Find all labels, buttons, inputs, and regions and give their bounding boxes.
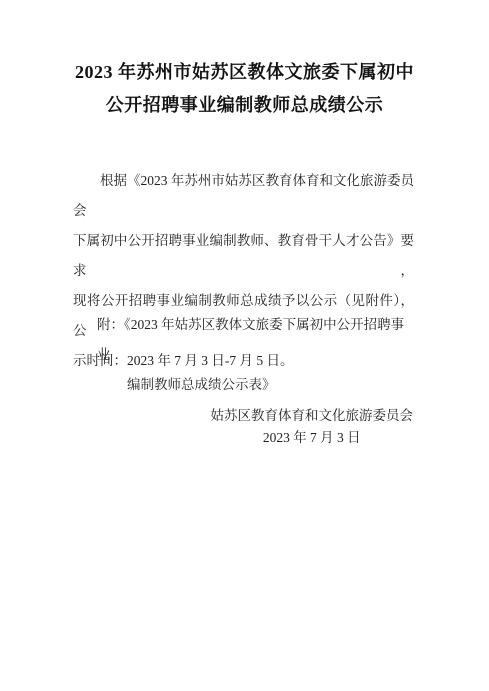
body-line-2: 下属初中公开招聘事业编制教师、教育骨干人才公告》要求， bbox=[73, 226, 414, 286]
title-line-1: 2023 年苏州市姑苏区教体文旅委下属初中 bbox=[0, 56, 489, 89]
signature-block: 姑苏区教育体育和文化旅游委员会 2023 年 7 月 3 日 bbox=[211, 405, 414, 449]
attachment-line-1: 附：《2023 年姑苏区教体文旅委下属初中公开招聘事业 bbox=[73, 310, 414, 370]
document-page: 2023 年苏州市姑苏区教体文旅委下属初中 公开招聘事业编制教师总成绩公示 根据… bbox=[0, 0, 489, 691]
attachment-note: 附：《2023 年姑苏区教体文旅委下属初中公开招聘事业 编制教师总成绩公示表》 bbox=[73, 310, 414, 400]
document-title: 2023 年苏州市姑苏区教体文旅委下属初中 公开招聘事业编制教师总成绩公示 bbox=[0, 56, 489, 122]
attachment-line-2: 编制教师总成绩公示表》 bbox=[73, 370, 414, 400]
signature-organization: 姑苏区教育体育和文化旅游委员会 bbox=[211, 405, 414, 427]
title-line-2: 公开招聘事业编制教师总成绩公示 bbox=[0, 89, 489, 122]
body-line-1: 根据《2023 年苏州市姑苏区教育体育和文化旅游委员会 bbox=[73, 166, 414, 226]
signature-date: 2023 年 7 月 3 日 bbox=[211, 427, 414, 449]
